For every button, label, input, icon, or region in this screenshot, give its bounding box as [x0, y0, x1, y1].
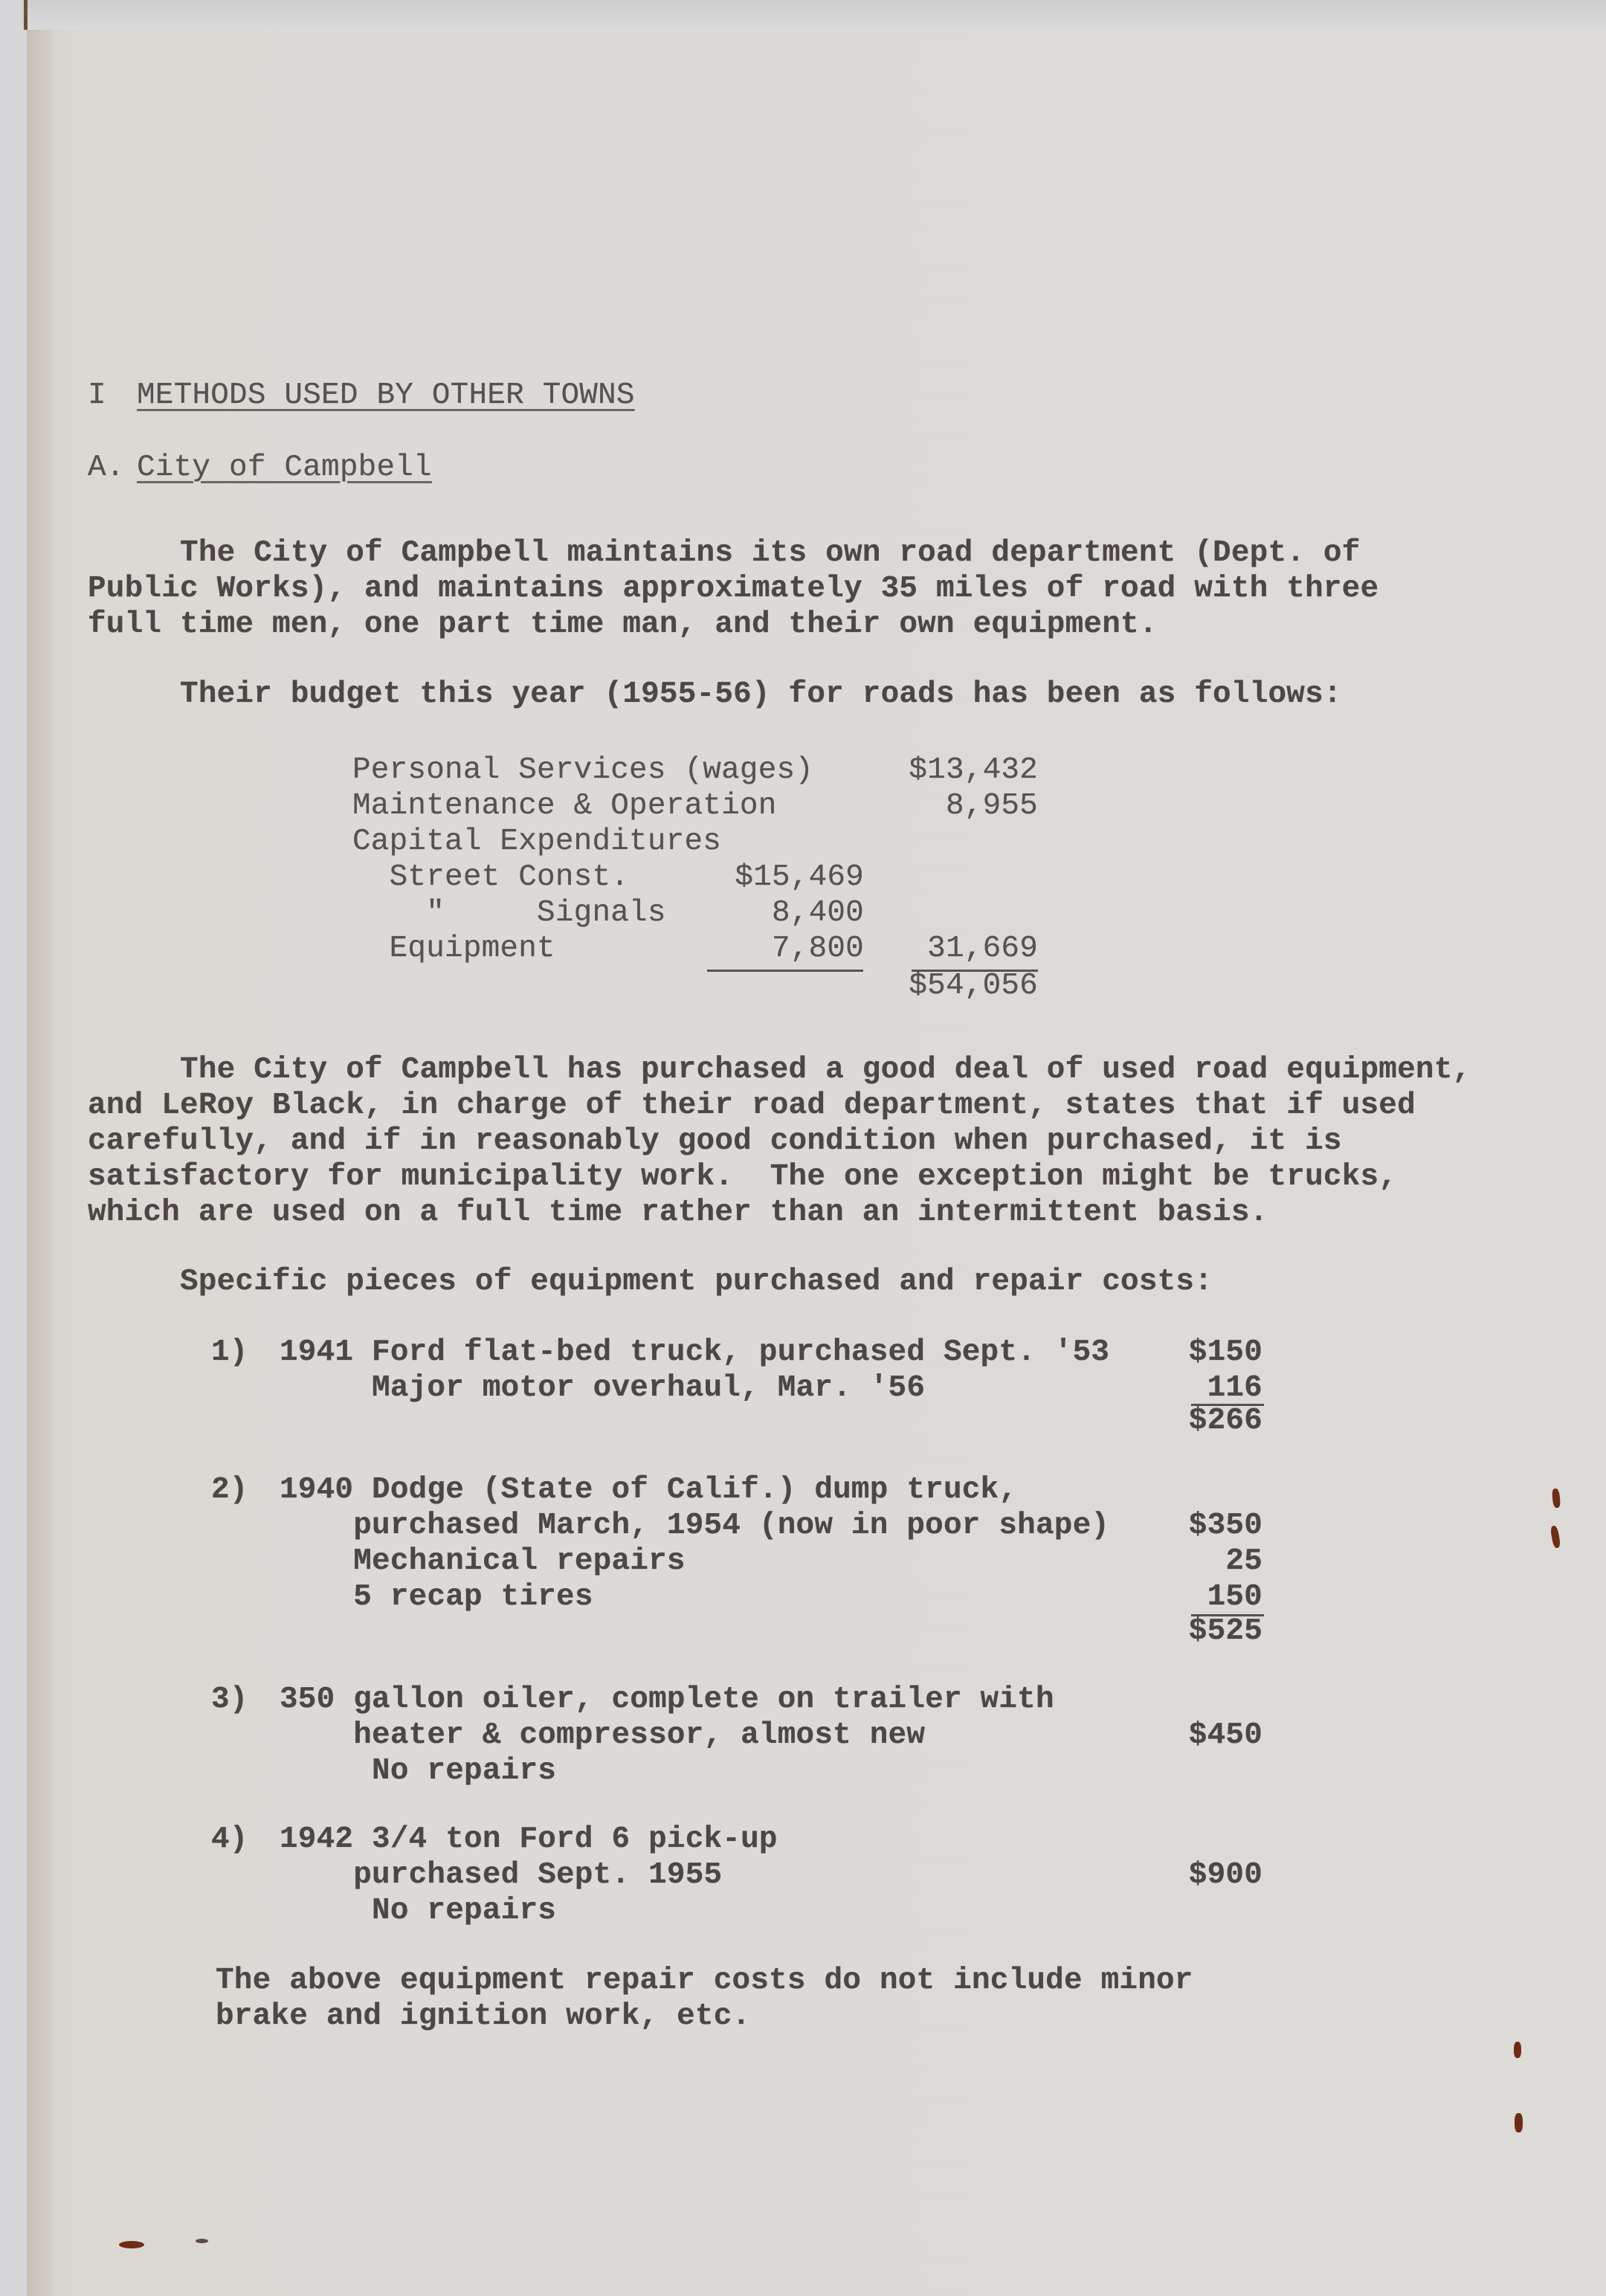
backdrop-left	[0, 0, 27, 2296]
ink-mark	[1549, 1525, 1561, 1548]
ink-mark	[1552, 1489, 1561, 1509]
section-numeral: I	[88, 378, 106, 413]
budget-row-subamount: 8,400	[651, 895, 864, 931]
equipment-intro: Specific pieces of equipment purchased a…	[88, 1264, 1213, 1300]
paragraph-line: The City of Campbell maintains its own r…	[88, 535, 1360, 571]
budget-row-label: Street Const.	[352, 860, 629, 895]
backdrop-top	[0, 0, 1606, 33]
note-line: brake and ignition work, etc.	[216, 1999, 750, 2034]
paragraph-line: which are used on a full time rather tha…	[88, 1195, 1268, 1231]
paragraph-line: carefully, and if in reasonably good con…	[88, 1123, 1342, 1159]
item-line: purchased Sept. 1955	[280, 1857, 722, 1893]
budget-row-amount: 31,669	[830, 931, 1038, 967]
note-line: The above equipment repair costs do not …	[216, 1963, 1193, 1999]
paragraph-line: full time men, one part time man, and th…	[88, 607, 1158, 642]
ink-mark	[119, 2241, 144, 2248]
item-amount: 25	[1068, 1544, 1262, 1579]
item-line: 5 recap tires	[280, 1579, 593, 1615]
item-amount: $900	[1068, 1857, 1262, 1893]
ink-mark	[196, 2239, 208, 2243]
subsection-letter: A.	[88, 450, 125, 486]
budget-row-amount: $13,432	[830, 752, 1038, 788]
paragraph-line: The City of Campbell has purchased a goo…	[88, 1052, 1471, 1088]
paragraph-line: satisfactory for municipality work. The …	[88, 1159, 1397, 1195]
paragraph-line: Public Works), and maintains approximate…	[88, 571, 1378, 607]
ink-mark	[1515, 2113, 1523, 2132]
budget-row-amount: 8,955	[830, 788, 1038, 824]
budget-total: $54,056	[830, 968, 1038, 1004]
binding-edge	[24, 0, 28, 30]
item-line: heater & compressor, almost new	[280, 1718, 925, 1753]
item-number: 1)	[211, 1335, 248, 1370]
paragraph-line: and LeRoy Black, in charge of their road…	[88, 1088, 1416, 1123]
item-amount: $450	[1068, 1718, 1262, 1753]
item-line: 350 gallon oiler, complete on trailer wi…	[280, 1682, 1054, 1718]
budget-row-label: Equipment	[352, 931, 555, 967]
document-page: I METHODS USED BY OTHER TOWNS A. City of…	[27, 30, 1606, 2296]
item-line: Mechanical repairs	[280, 1544, 686, 1579]
item-total: $266	[1068, 1403, 1262, 1439]
ink-mark	[1514, 2042, 1521, 2058]
item-number: 3)	[211, 1682, 248, 1718]
budget-intro: Their budget this year (1955-56) for roa…	[88, 677, 1342, 712]
item-amount: $350	[1068, 1508, 1262, 1544]
budget-row-subamount: $15,469	[651, 860, 864, 895]
page-fold-shadow	[27, 30, 52, 2296]
item-line: 1941 Ford flat-bed truck, purchased Sept…	[280, 1335, 1109, 1370]
budget-row-label: " Signals	[352, 895, 666, 931]
item-line: 1940 Dodge (State of Calif.) dump truck,	[280, 1472, 1017, 1508]
budget-row-label: Maintenance & Operation	[352, 788, 777, 824]
item-amount: 116	[1068, 1370, 1262, 1406]
item-amount: $150	[1068, 1335, 1262, 1370]
subsection-title: City of Campbell	[137, 450, 432, 486]
section-title: METHODS USED BY OTHER TOWNS	[137, 378, 635, 413]
budget-row-label: Personal Services (wages)	[352, 752, 813, 788]
item-line: No repairs	[280, 1753, 556, 1789]
item-line: Major motor overhaul, Mar. '56	[280, 1370, 925, 1406]
item-amount: 150	[1068, 1579, 1262, 1615]
item-number: 4)	[211, 1822, 248, 1857]
item-line: No repairs	[280, 1893, 556, 1929]
item-line: 1942 3/4 ton Ford 6 pick-up	[280, 1822, 778, 1857]
item-line: purchased March, 1954 (now in poor shape…	[280, 1508, 1109, 1544]
item-total: $525	[1068, 1613, 1262, 1649]
budget-row-label: Capital Expenditures	[352, 824, 721, 860]
item-number: 2)	[211, 1472, 248, 1508]
